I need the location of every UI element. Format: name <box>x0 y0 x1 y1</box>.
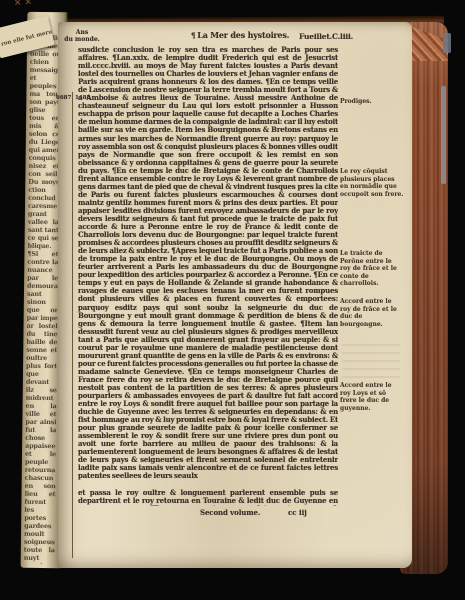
margin-note-normandie: Le roy cōquist plusieurs places en normā… <box>340 168 404 198</box>
running-header-title: ¶La Mer des hystoires. <box>191 30 289 40</box>
margin-note-prodiges: Prodiges. <box>340 98 404 106</box>
ans-du-monde-line2: du monde. <box>60 36 104 43</box>
binding-stitches-icon: ✕✕ <box>14 0 36 9</box>
facing-page-corner-fragment: ron elle fut merueill <box>0 29 52 47</box>
ans-du-monde-label: Ans du monde. <box>60 29 104 43</box>
margin-note-guyenne: Accord entre le roy Loys et sō frere le … <box>340 382 404 412</box>
book-photograph: ✕✕ on elle fut mer ueille ou chien messa… <box>0 0 465 600</box>
catchline: Second volume. <box>200 508 260 517</box>
fore-edge-blue-chip <box>443 33 451 53</box>
chronology-rule <box>72 92 73 558</box>
signature-mark: cc iij <box>288 508 307 517</box>
running-header-title-text: La Mer des hystoires. <box>197 30 289 40</box>
pilcrow-fleuron-icon: ¶ <box>191 31 195 40</box>
ans-du-monde-line1: Ans <box>60 29 104 36</box>
year-of-world: 6687 <box>56 95 71 101</box>
page: Ans du monde. ¶La Mer des hystoires. Fue… <box>58 22 412 568</box>
body-text-last-lines: et passa le roy oultre & longuement parl… <box>78 489 338 506</box>
fore-edge-blue-stripe <box>441 86 446 184</box>
faded-margin-note <box>342 344 400 378</box>
facing-page-text-fragments: on elle fut mer ueille ou chien messaige… <box>24 34 61 564</box>
margin-note-peronne: Le traicte de Perōne entre le roy de frā… <box>340 250 404 288</box>
folio-number: Fueillet.C.liii. <box>299 32 353 41</box>
body-text: susdicte conclusion le roy sen tira es m… <box>78 46 338 489</box>
margin-note-bourgongne: Accord entre le roy de frāce et le duc d… <box>340 298 404 328</box>
